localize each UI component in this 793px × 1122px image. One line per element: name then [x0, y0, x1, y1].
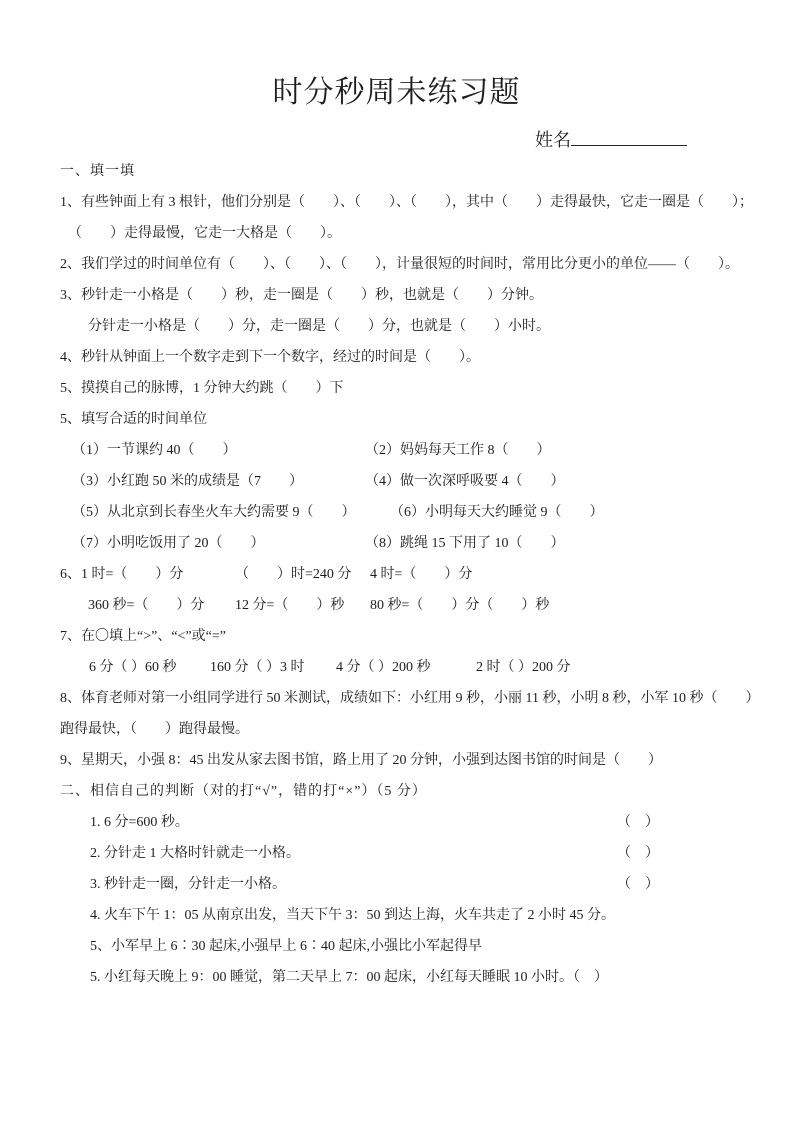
name-blank-line	[571, 124, 687, 146]
q5-units-row-3: （5）从北京到长春坐火车大约需要 9（ ）（6）小明每天大约睡觉 9（ ）	[60, 497, 759, 528]
judgment-item-2: 2. 分针走 1 大格时针就走一小格。 （ ）	[60, 838, 759, 869]
q6-conv-5: 12 分=（ ）秒	[235, 590, 370, 621]
judgment-item-5: 5、小军早上 6∶30 起床,小强早上 6∶40 起床,小强比小军起得早	[60, 931, 759, 962]
q5-units-row-1: （1）一节课约 40（ ）（2）妈妈每天工作 8（ ）	[60, 435, 759, 466]
q1-line2: （ ）走得最慢，它走一大格是（ ）。	[60, 218, 759, 249]
q3-line2: 分针走一小格是（ ）分，走一圈是（ ）分，也就是（ ）小时。	[60, 311, 759, 342]
q8-line1: 8、体育老师对第一小组同学进行 50 米测试，成绩如下：小红用 9 秒，小丽 1…	[60, 683, 759, 714]
judgment-answer-3: （ ）	[617, 869, 659, 900]
section1-heading: 一、填一填	[60, 156, 759, 187]
q5-units-row-4: （7）小明吃饭用了 20（ ）（8）跳绳 15 下用了 10（ ）	[60, 528, 759, 559]
section2-heading: 二、相信自己的判断（对的打“√”，错的打“×”）（5 分）	[60, 776, 759, 807]
judgment-text-2: 2. 分针走 1 大格时针就走一小格。	[90, 846, 300, 861]
judgment-item-3: 3. 秒针走一圈，分针走一小格。 （ ）	[60, 869, 759, 900]
name-label: 姓名	[535, 130, 571, 150]
judgment-text-3: 3. 秒针走一圈，分针走一小格。	[90, 877, 286, 892]
q8-line2: 跑得最快，（ ）跑得最慢。	[60, 714, 759, 745]
judgment-text-5: 5、小军早上 6∶30 起床,小强早上 6∶40 起床,小强比小军起得早	[90, 939, 482, 954]
q5-item-1: （1）一节课约 40（ ）	[72, 435, 365, 466]
q7-compare-3: 4 分（ ）200 秒	[336, 652, 476, 683]
q5-item-4: （4）做一次深呼吸要 4（ ）	[365, 474, 565, 489]
judgment-text-6: 5. 小红每天晚上 9：00 睡觉，第二天早上 7：00 起床，小红每天睡眠 1…	[90, 970, 608, 985]
judgment-text-4: 4. 火车下午 1：05 从南京出发，当天下午 3：50 到达上海，火车共走了 …	[90, 908, 615, 923]
q7-compare-2: 160 分（ ）3 时	[210, 652, 336, 683]
judgment-item-1: 1. 6 分=600 秒。 （ ）	[60, 807, 759, 838]
judgment-item-4: 4. 火车下午 1：05 从南京出发，当天下午 3：50 到达上海，火车共走了 …	[60, 900, 759, 931]
q7-row: 6 分（ ）60 秒 160 分（ ）3 时 4 分（ ）200 秒 2 时（ …	[60, 652, 759, 683]
q6-conv-4: 360 秒=（ ）分	[60, 590, 235, 621]
q5-item-7: （7）小明吃饭用了 20（ ）	[72, 528, 365, 559]
q6-conv-1: 6、1 时=（ ）分	[60, 559, 235, 590]
q5-item-2: （2）妈妈每天工作 8（ ）	[365, 443, 551, 458]
judgment-item-6: 5. 小红每天晚上 9：00 睡觉，第二天早上 7：00 起床，小红每天睡眠 1…	[60, 962, 759, 993]
q7-compare-1: 6 分（ ）60 秒	[89, 652, 210, 683]
page-title: 时分秒周未练习题	[0, 72, 793, 114]
q4-line: 4、秒针从钟面上一个数字走到下一个数字，经过的时间是（ ）。	[60, 342, 759, 373]
q6-row-1: 6、1 时=（ ）分 （ ）时=240 分 4 时=（ ）分	[60, 559, 759, 590]
q1-line1: 1、有些钟面上有 3 根针，他们分别是（ ）、（ ）、（ ），其中（ ）走得最快…	[60, 187, 759, 218]
q5-units-heading: 5、填写合适的时间单位	[60, 404, 759, 435]
judgment-answer-2: （ ）	[617, 838, 659, 869]
q6-conv-2: （ ）时=240 分	[235, 559, 370, 590]
q7-compare-4: 2 时（ ）200 分	[476, 652, 759, 683]
q6-conv-3: 4 时=（ ）分	[370, 559, 759, 590]
q9-line: 9、星期天，小强 8：45 出发从家去图书馆，路上用了 20 分钟，小强到达图书…	[60, 745, 759, 776]
q6-conv-6: 80 秒=（ ）分（ ）秒	[370, 590, 759, 621]
q5-item-8: （8）跳绳 15 下用了 10（ ）	[365, 536, 565, 551]
q6-row-2: 360 秒=（ ）分 12 分=（ ）秒 80 秒=（ ）分（ ）秒	[60, 590, 759, 621]
q2-line: 2、我们学过的时间单位有（ ）、（ ）、（ ），计量很短的时间时，常用比分更小的…	[60, 249, 759, 280]
q7-heading: 7、在〇填上“>”、“<”或“=”	[60, 621, 759, 652]
judgment-text-1: 1. 6 分=600 秒。	[90, 815, 189, 830]
q5-item-5: （5）从北京到长春坐火车大约需要 9（ ）	[72, 497, 390, 528]
name-field-row: 姓名	[0, 124, 793, 154]
q5-pulse-line: 5、摸摸自己的脉博，1 分钟大约跳（ ）下	[60, 373, 759, 404]
worksheet-body: 一、填一填 1、有些钟面上有 3 根针，他们分别是（ ）、（ ）、（ ），其中（…	[0, 154, 793, 993]
q5-item-3: （3）小红跑 50 米的成绩是（7 ）	[72, 466, 365, 497]
worksheet-page: 时分秒周未练习题 姓名 一、填一填 1、有些钟面上有 3 根针，他们分别是（ ）…	[0, 0, 793, 1122]
judgment-answer-1: （ ）	[617, 807, 659, 838]
q5-item-6: （6）小明每天大约睡觉 9（ ）	[390, 505, 604, 520]
q3-line1: 3、秒针走一小格是（ ）秒，走一圈是（ ）秒，也就是（ ）分钟。	[60, 280, 759, 311]
q5-units-row-2: （3）小红跑 50 米的成绩是（7 ）（4）做一次深呼吸要 4（ ）	[60, 466, 759, 497]
